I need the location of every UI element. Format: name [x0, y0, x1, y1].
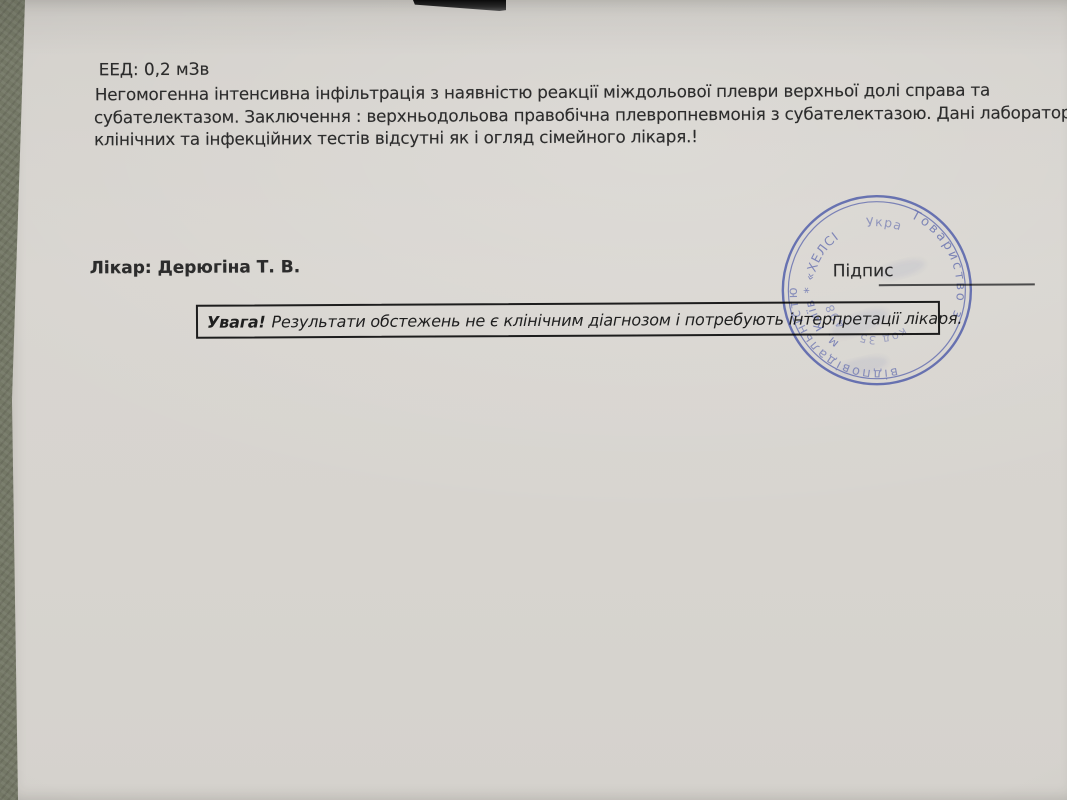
- eed-dose-line: ЕЕД: 0,2 мЗв: [99, 59, 210, 80]
- stamp-inner-text-top-path: Укра: [865, 214, 904, 234]
- stamp-ink-smudge: [877, 255, 927, 282]
- report-body-line: субателектазом. Заключення : верхньодоль…: [94, 101, 1067, 129]
- report-body-line: клінічних та інфекційних тестів відсутні…: [94, 126, 698, 152]
- document-content: ЕЕД: 0,2 мЗв Негомогенна інтенсивна інфі…: [0, 0, 1067, 800]
- doctor-name-line: Лікар: Дерюгіна Т. В.: [90, 257, 301, 278]
- round-stamp: Товариство з відповідальністю м. Київ * …: [759, 173, 994, 408]
- warning-emphasis: Увага!: [207, 312, 266, 331]
- photo-background: ЕЕД: 0,2 мЗв Негомогенна інтенсивна інфі…: [0, 0, 1067, 800]
- stamp-inner-text-top: Укра: [865, 214, 904, 234]
